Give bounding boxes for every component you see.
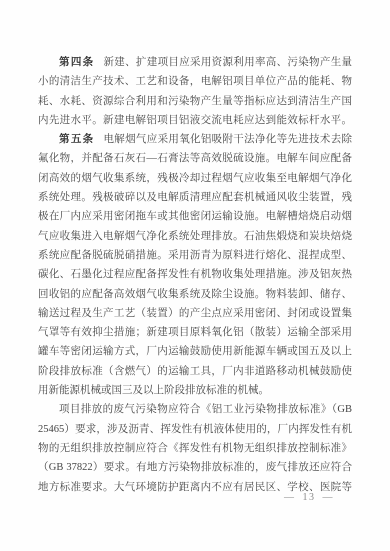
text-line: 氟化物，并配备石灰石—石膏法等高效脱硫设施。电解车间应配备封 (38, 149, 352, 168)
text-line: 物的无组织排放控制应符合《挥发性有机物无组织排放控制标准》 (38, 439, 352, 458)
text-line: 罐车等密闭运输方式，厂内运输鼓励使用新能源车辆或国五及以上 (38, 342, 352, 361)
text-line: 碳化、石墨化过程应配备挥发性有机物收集处理措施。涉及铝灰热 (38, 265, 352, 284)
article-5-heading-line: 第五条电解烟气应采用氧化铝吸附干法净化等先进技术去除 (38, 130, 352, 149)
paragraph-end-line: 用新能源机械或国三及以上阶段排放标准的机械。 (38, 381, 352, 400)
article-5-term: 第五条 (59, 133, 94, 145)
text-line: 极在厂内应采用密闭拖车或其他密闭运输设施。电解槽焙烧启动烟 (38, 207, 352, 226)
text-line: 系统应配备脱硫脱硝措施。采用沥青为原料进行熔化、混捏成型、 (38, 246, 352, 265)
document-body: 第四条新建、扩建项目应采用资源利用率高、污染物产生量 小的清洁生产技术、工艺和设… (38, 53, 352, 497)
text-line: 小的清洁生产技术、工艺和设备，电解铝项目单位产品的能耗、物 (38, 72, 352, 91)
text-line: 内先进水平。新建电解铝项目铝液交流电耗应达到能效标杆水平。 (38, 111, 352, 130)
text-line: （GB 37822）要求。有地方污染物排放标准的，废气排放还应符合 (38, 458, 352, 477)
page-number: — 13 — (284, 492, 334, 503)
text-line: 气罩等有效抑尘措施；新建项目原料氧化铝（散装）运输全部采用 (38, 323, 352, 342)
document-page: 第四条新建、扩建项目应采用资源利用率高、污染物产生量 小的清洁生产技术、工艺和设… (0, 0, 390, 551)
text-line: 回收铝的应配备高效烟气收集系统及除尘设施。物料装卸、储存、 (38, 285, 352, 304)
text-line: 系统处理。残极破碎以及电解质清理应配套机械通风收尘装置，残 (38, 188, 352, 207)
text-line: 闭高效的烟气收集系统，残极冷却过程烟气应收集至电解烟气净化 (38, 169, 352, 188)
text-line: 输送过程及生产工艺（装置）的产尘点应采用密闭、封闭或设置集 (38, 304, 352, 323)
text-line: 耗、水耗、资源综合利用和污染物产生量等指标应达到清洁生产国 (38, 92, 352, 111)
line-text: 新建、扩建项目应采用资源利用率高、污染物产生量 (103, 57, 352, 68)
text-line: 25465）要求，涉及沥青、挥发性有机液体使用的，厂内挥发性有机 (38, 420, 352, 439)
text-line: 气应收集进入电解烟气净化系统处理排放。石油焦煅烧和炭块焙烧 (38, 227, 352, 246)
article-4-term: 第四条 (59, 56, 94, 68)
line-text: 电解烟气应采用氧化铝吸附干法净化等先进技术去除 (103, 134, 352, 145)
article-4-heading-line: 第四条新建、扩建项目应采用资源利用率高、污染物产生量 (38, 53, 352, 72)
paragraph-start-line: 项目排放的废气污染物应符合《铝工业污染物排放标准》（GB (38, 400, 352, 419)
text-line: 阶段排放标准（含燃气）的运输工具，厂内非道路移动机械鼓励使 (38, 362, 352, 381)
